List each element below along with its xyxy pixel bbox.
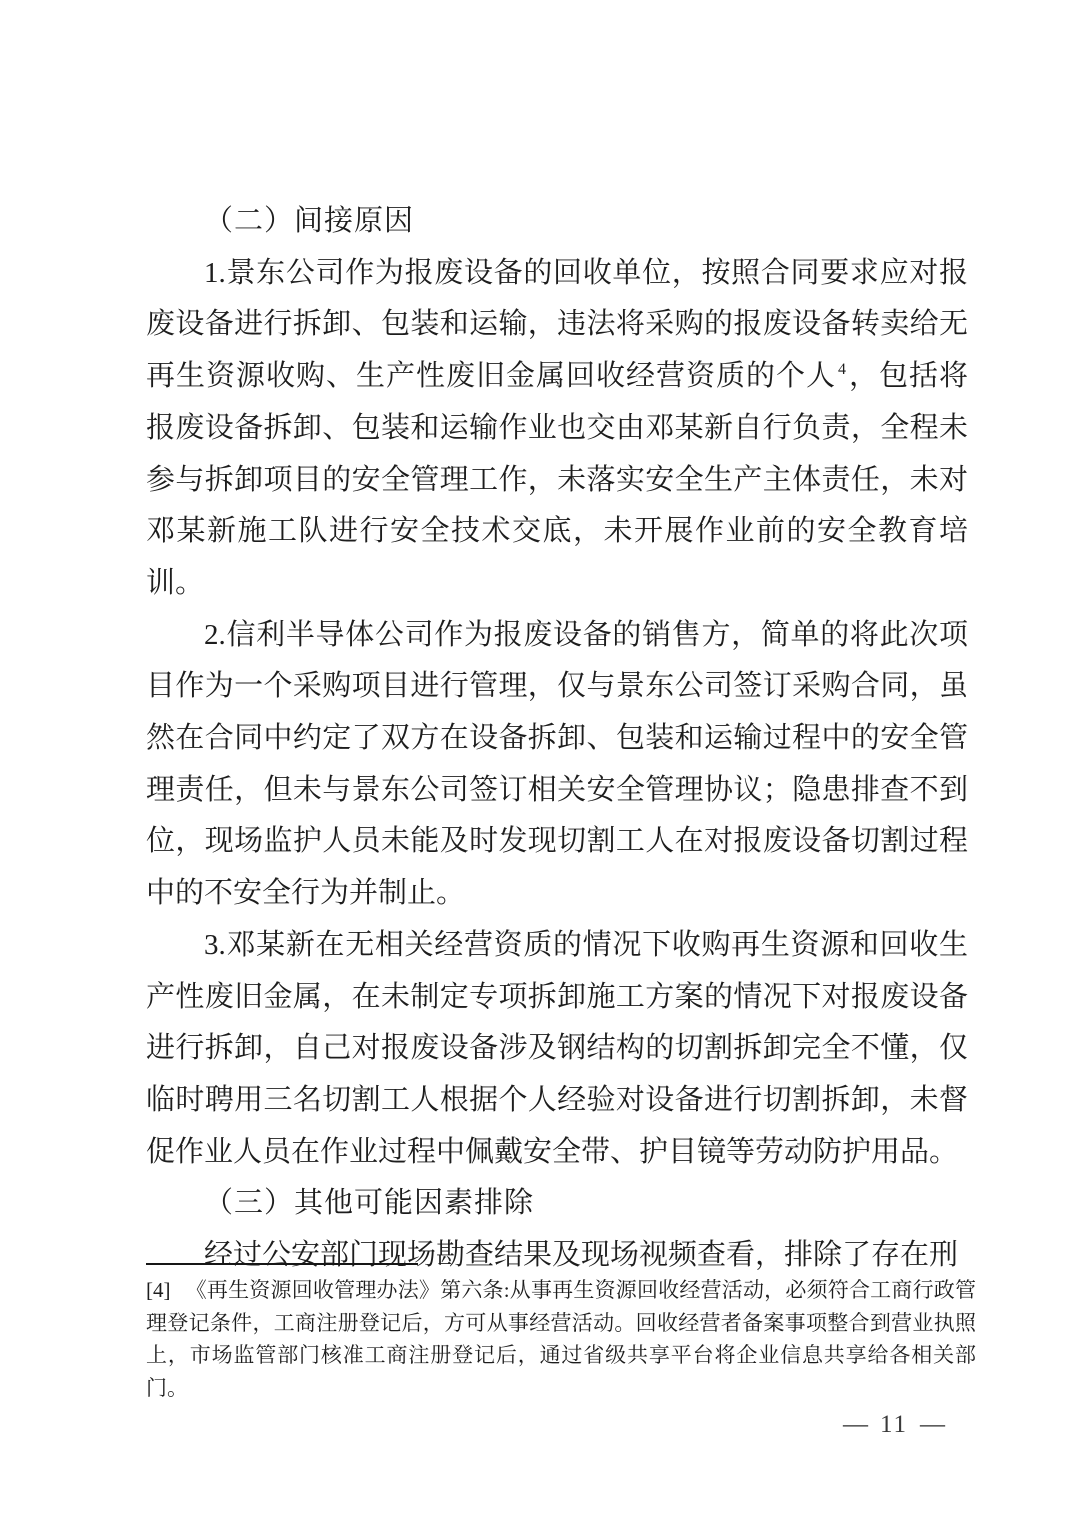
page-number-dash-left: — — [843, 1411, 868, 1439]
page-number: 11 — [880, 1411, 908, 1439]
footnote-4-text: 《再生资源回收管理办法》第六条:从事再生资源回收经营活动，必须符合工商行政管理登… — [146, 1278, 976, 1400]
footnote-reference-4[interactable]: 4 — [836, 361, 848, 378]
footnote-4: [4]《再生资源回收管理办法》第六条:从事再生资源回收经营活动，必须符合工商行政… — [146, 1274, 976, 1404]
paragraph-jingdong-text-after: ，包括将报废设备拆卸、包装和运输作业也交由邓某新自行负责，全程未参与拆卸项目的安… — [146, 360, 968, 599]
footnote-separator-line — [146, 1263, 418, 1265]
footnote-area: [4]《再生资源回收管理办法》第六条:从事再生资源回收经营活动，必须符合工商行政… — [146, 1263, 976, 1404]
page-number-dash-right: — — [920, 1411, 945, 1439]
paragraph-xinli-semiconductor: 2.信利半导体公司作为报废设备的销售方，简单的将此次项目作为一个采购项目进行管理… — [146, 610, 968, 920]
page-number-footer: — 11 — — [843, 1411, 945, 1439]
document-body: （二）间接原因 1.景东公司作为报废设备的回收单位，按照合同要求应对报废设备进行… — [146, 196, 968, 1282]
paragraph-dengmouxin: 3.邓某新在无相关经营资质的情况下收购再生资源和回收生产性废旧金属，在未制定专项… — [146, 920, 968, 1179]
section-heading-indirect-causes: （二）间接原因 — [146, 196, 968, 248]
footnote-4-marker: [4] — [146, 1278, 171, 1302]
document-page: （二）间接原因 1.景东公司作为报废设备的回收单位，按照合同要求应对报废设备进行… — [0, 0, 1080, 1532]
section-heading-other-factors: （三）其他可能因素排除 — [146, 1178, 968, 1230]
paragraph-jingdong-company: 1.景东公司作为报废设备的回收单位，按照合同要求应对报废设备进行拆卸、包装和运输… — [146, 248, 968, 610]
